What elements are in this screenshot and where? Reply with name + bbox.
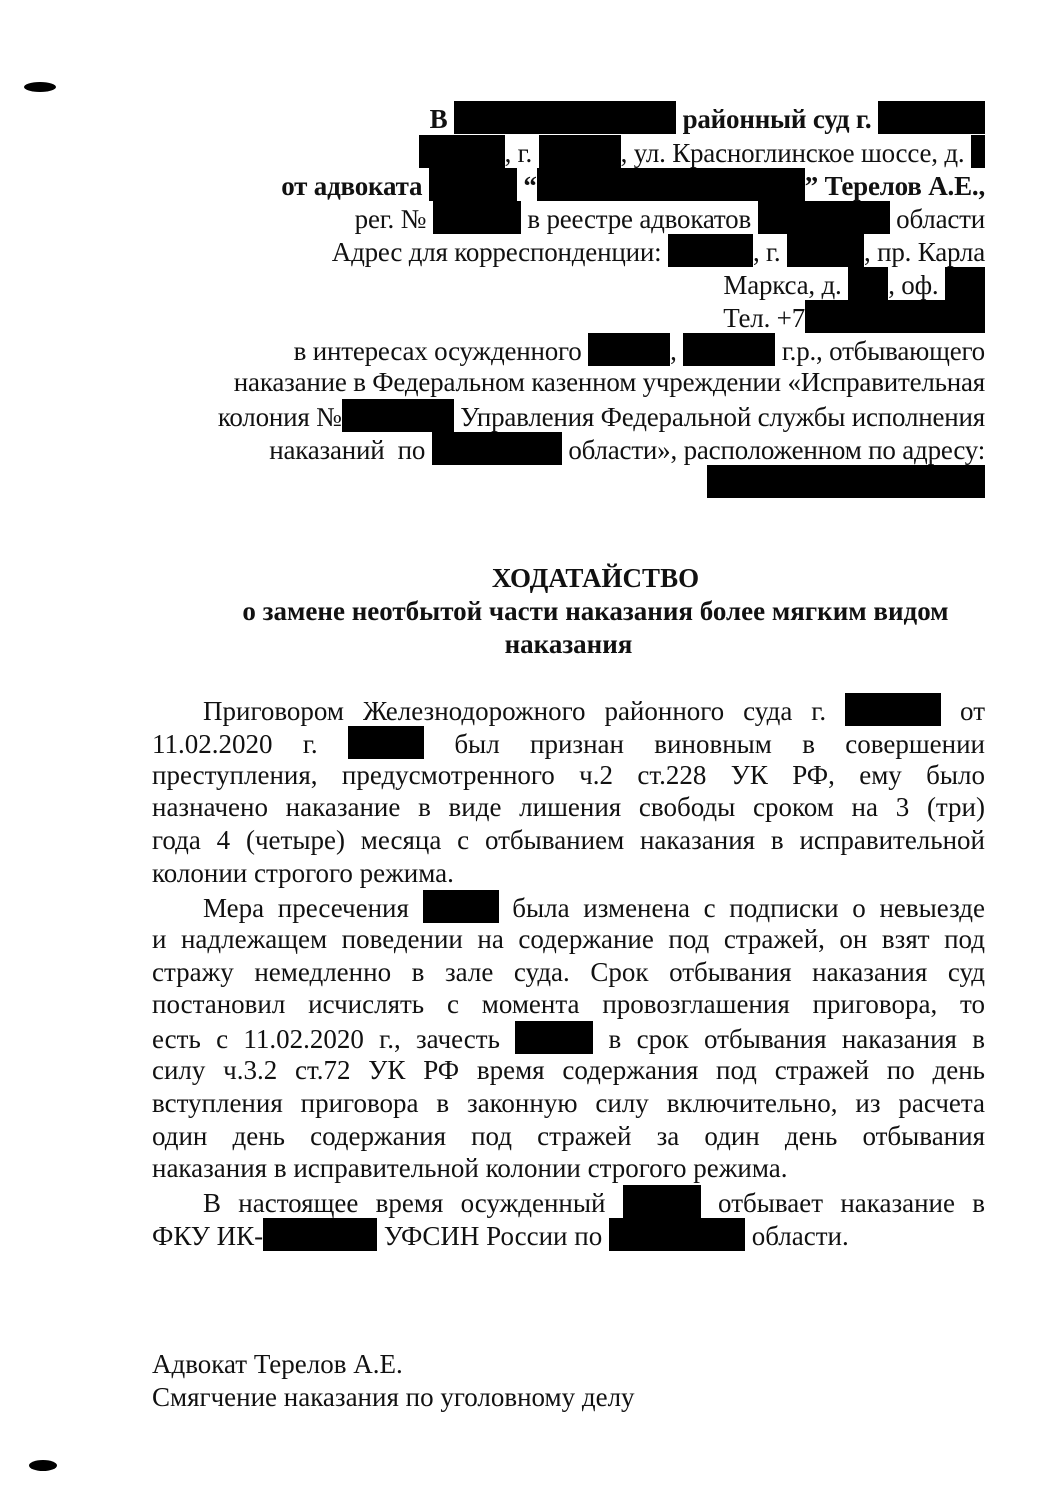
redaction-box — [537, 168, 805, 201]
signature-caption: Смягчение наказания по уголовному делу — [152, 1381, 635, 1414]
redaction-box — [845, 693, 941, 726]
redaction-box — [878, 101, 985, 134]
redaction-box — [609, 1218, 745, 1251]
redaction-box — [454, 101, 676, 134]
document-subtitle: о замене неотбытой части наказания более… — [65, 595, 1061, 628]
phone-line: Тел. +7 — [723, 300, 985, 335]
redaction-box — [539, 135, 621, 168]
court-address-line: , г. , ул. Красноглинское шоссе, д. — [419, 135, 985, 170]
redaction-box — [945, 267, 985, 300]
institution-line-3: наказаний по области», расположенном по … — [269, 432, 985, 467]
redaction-box — [432, 432, 562, 465]
redaction-box — [668, 234, 753, 267]
redaction-box — [805, 300, 985, 333]
institution-line-2: колония № Управления Федеральной службы … — [218, 399, 985, 434]
redaction-box — [342, 399, 454, 432]
redaction-box — [419, 135, 505, 168]
redaction-box — [848, 267, 888, 300]
document-title: ХОДАТАЙСТВО — [65, 562, 1061, 595]
redaction-box — [623, 1185, 701, 1218]
paragraph-sentence: Приговором Железнодорожного районного су… — [152, 693, 985, 890]
signature-name: Адвокат Терелов А.Е. — [152, 1348, 403, 1381]
redaction-box — [263, 1218, 377, 1251]
redaction-box — [758, 201, 890, 234]
paragraph-current-status: В настоящее время осужденный отбывает на… — [152, 1185, 985, 1251]
redaction-box — [348, 726, 424, 759]
redaction-box — [433, 201, 521, 234]
redaction-box — [423, 890, 499, 923]
redaction-box — [971, 135, 985, 168]
from-advocate-line: от адвоката “” Терелов А.Е., — [281, 168, 985, 203]
registry-line: рег. № в реестре адвокатов области — [355, 201, 985, 236]
interest-line: в интересах осужденного , г.р., отбывающ… — [294, 333, 985, 368]
redaction-box — [515, 1021, 593, 1054]
paragraph-preventive-measure: Мера пресечения была изменена с подписки… — [152, 890, 985, 1185]
punch-hole-mark — [24, 82, 56, 92]
redaction-box — [429, 168, 517, 201]
redaction-box — [787, 234, 864, 267]
punch-hole-mark — [29, 1460, 57, 1471]
redaction-box — [707, 465, 985, 498]
correspondence-address-line-2: Маркса, д. , оф. — [723, 267, 985, 302]
redaction-box — [588, 333, 670, 366]
redaction-box — [683, 333, 775, 366]
institution-line-1: наказание в Федеральном казенном учрежде… — [234, 366, 985, 399]
institution-address-line — [707, 465, 985, 500]
court-line: В районный суд г. — [430, 101, 985, 136]
correspondence-address-line: Адрес для корреспонденции: , г. , пр. Ка… — [332, 234, 985, 269]
document-subtitle-2: наказания — [38, 628, 1061, 661]
